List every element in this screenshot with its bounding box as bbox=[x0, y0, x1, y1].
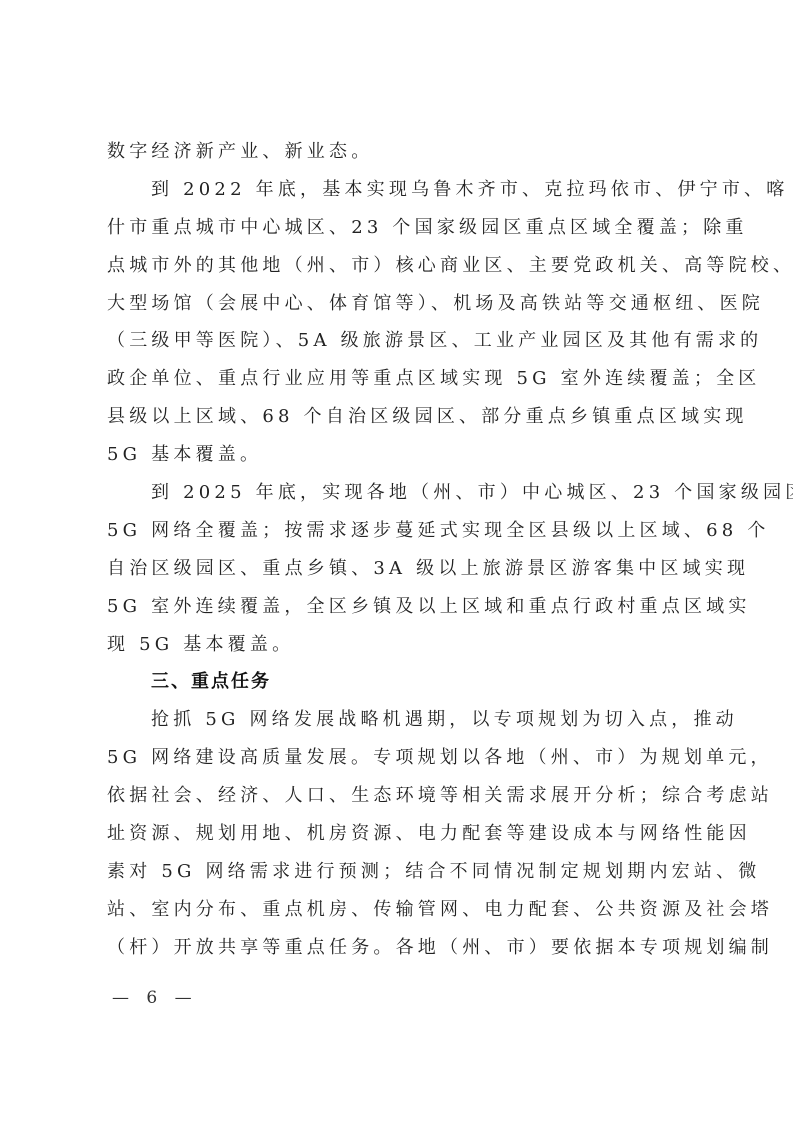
paragraph-2022-line: 大型场馆（会展中心、体育馆等）、机场及高铁站等交通枢纽、医院 bbox=[107, 285, 689, 323]
page-number: — 6 — bbox=[112, 988, 198, 1008]
paragraph-2022-line: 点城市外的其他地（州、市）核心商业区、主要党政机关、高等院校、 bbox=[107, 247, 689, 285]
section-paragraph-line: （杆）开放共享等重点任务。各地（州、市）要依据本专项规划编制 bbox=[107, 929, 689, 967]
paragraph-2022-line: 什市重点城市中心城区、23 个国家级园区重点区域全覆盖；除重 bbox=[107, 209, 689, 247]
paragraph-2025-line: 自治区级园区、重点乡镇、3A 级以上旅游景区游客集中区域实现 bbox=[107, 550, 689, 588]
paragraph-continuation-line: 数字经济新产业、新业态。 bbox=[107, 133, 689, 171]
section-paragraph-line: 5G 网络建设高质量发展。专项规划以各地（州、市）为规划单元， bbox=[107, 739, 689, 777]
section-heading: 三、重点任务 bbox=[107, 663, 689, 701]
paragraph-2025-line: 5G 室外连续覆盖，全区乡镇及以上区域和重点行政村重点区域实 bbox=[107, 588, 689, 626]
section-paragraph-line: 址资源、规划用地、机房资源、电力配套等建设成本与网络性能因 bbox=[107, 815, 689, 853]
paragraph-2025-line: 到 2025 年底，实现各地（州、市）中心城区、23 个国家级园区 bbox=[107, 474, 689, 512]
document-page: 数字经济新产业、新业态。 到 2022 年底，基本实现乌鲁木齐市、克拉玛依市、伊… bbox=[107, 133, 689, 967]
section-paragraph-line: 素对 5G 网络需求进行预测；结合不同情况制定规划期内宏站、微 bbox=[107, 853, 689, 891]
paragraph-2022-line: （三级甲等医院）、5A 级旅游景区、工业产业园区及其他有需求的 bbox=[107, 322, 689, 360]
paragraph-2025-line: 5G 网络全覆盖；按需求逐步蔓延式实现全区县级以上区域、68 个 bbox=[107, 512, 689, 550]
section-paragraph-line: 站、室内分布、重点机房、传输管网、电力配套、公共资源及社会塔 bbox=[107, 891, 689, 929]
paragraph-2022-line: 5G 基本覆盖。 bbox=[107, 436, 689, 474]
paragraph-2025-line: 现 5G 基本覆盖。 bbox=[107, 626, 689, 664]
section-paragraph-line: 依据社会、经济、人口、生态环境等相关需求展开分析；综合考虑站 bbox=[107, 777, 689, 815]
paragraph-2022-line: 县级以上区域、68 个自治区级园区、部分重点乡镇重点区域实现 bbox=[107, 398, 689, 436]
paragraph-2022-line: 到 2022 年底，基本实现乌鲁木齐市、克拉玛依市、伊宁市、喀 bbox=[107, 171, 689, 209]
section-paragraph-line: 抢抓 5G 网络发展战略机遇期，以专项规划为切入点，推动 bbox=[107, 701, 689, 739]
paragraph-2022-line: 政企单位、重点行业应用等重点区域实现 5G 室外连续覆盖；全区 bbox=[107, 360, 689, 398]
